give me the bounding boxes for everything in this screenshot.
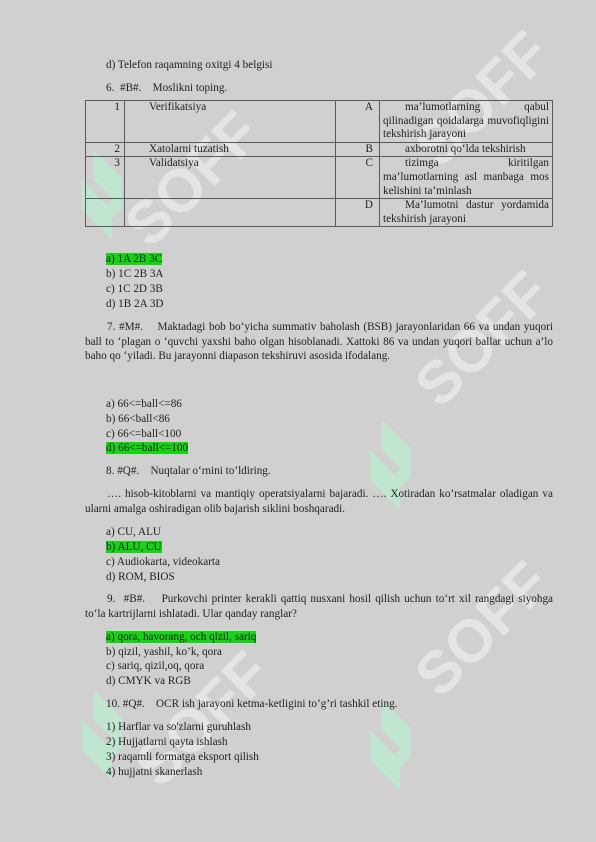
row-definition: axborotni qo‘lda tekshirish <box>380 142 553 157</box>
option-d[interactable]: d) 1B 2A 3D <box>106 297 164 312</box>
option-d[interactable]: d) 66<=ball<=100 <box>106 441 188 456</box>
prev-option-d: d) Telefon raqamning oxitgi 4 belgisi <box>106 58 272 72</box>
document-page: d) Telefon raqamning oxitgi 4 belgisi 6.… <box>0 0 596 842</box>
option-c[interactable]: c) Audiokarta, videokarta <box>106 555 220 570</box>
option-a[interactable]: a) 1A 2B 3C <box>106 252 162 267</box>
question-text: Purkovchi printer kerakli qattiq nusxani… <box>85 593 553 620</box>
question-number: 10. <box>106 698 120 710</box>
question-number: 7. <box>107 321 115 333</box>
table-row: 2 Xatolarni tuzatish B axborotni qo‘lda … <box>86 142 553 157</box>
sequence-item-4[interactable]: 4) hujjatni skanerlash <box>106 765 202 780</box>
option-b[interactable]: b) 1C 2B 3A <box>106 267 164 282</box>
option-b[interactable]: b) ALU, CU <box>106 540 162 555</box>
row-letter: D <box>336 199 380 227</box>
row-letter: A <box>336 101 380 143</box>
row-definition: Ma’lumotni dastur yordamida tekshirish j… <box>380 199 553 227</box>
table-row: 3 Validatsiya C tizimga kiritilgan ma’lu… <box>86 157 553 199</box>
option-b[interactable]: b) 66<ball<86 <box>106 412 170 427</box>
table-row: 1 Verifikatsiya A ma’lumotlarning qabul … <box>86 101 553 143</box>
table-row: D Ma’lumotni dastur yordamida tekshirish… <box>86 199 553 227</box>
matching-table: 1 Verifikatsiya A ma’lumotlarning qabul … <box>85 100 553 227</box>
row-term: Validatsiya <box>125 157 336 199</box>
row-letter: B <box>336 142 380 157</box>
question-10-heading: 10. #Q#. OCR ish jarayoni ketma-ketligin… <box>106 697 397 711</box>
option-d[interactable]: d) CMYK va RGB <box>106 674 191 689</box>
option-c[interactable]: c) sariq, qizil,oq, qora <box>106 659 204 674</box>
row-letter: C <box>336 157 380 199</box>
question-number: 9. <box>107 593 115 605</box>
question-8-heading: 8. #Q#. Nuqtalar o‘rnini to’ldiring. <box>106 464 271 478</box>
sequence-item-3[interactable]: 3) raqamli formatga eksport qilish <box>106 750 259 765</box>
option-c[interactable]: c) 66<=ball<100 <box>106 427 181 442</box>
option-d[interactable]: d) ROM, BIOS <box>106 570 175 585</box>
question-6-heading: 6. #B#. Moslikni toping. <box>106 81 227 95</box>
question-tag: #B#. <box>120 82 141 94</box>
row-term <box>125 199 336 227</box>
option-c[interactable]: c) 1C 2D 3B <box>106 282 163 297</box>
option-a[interactable]: a) CU, ALU <box>106 525 161 540</box>
question-number: 6. <box>106 82 114 94</box>
row-number: 2 <box>86 142 125 157</box>
question-tag: #Q#. <box>117 465 139 477</box>
row-number: 1 <box>86 101 125 143</box>
row-definition: tizimga kiritilgan ma’lumotlarning asl m… <box>380 157 553 199</box>
question-7: 7. #M#. Maktadagi bob bo‘yicha summativ … <box>85 320 553 364</box>
question-9: 9. #B#. Purkovchi printer kerakli qattiq… <box>85 592 553 621</box>
question-tag: #Q#. <box>123 698 145 710</box>
question-tag: #M#. <box>119 321 143 333</box>
question-text: Maktadagi bob bo‘yicha summativ baholash… <box>85 321 553 362</box>
sequence-item-1[interactable]: 1) Harflar va so'zlarni guruhlash <box>106 720 251 735</box>
question-text: Nuqtalar o‘rnini to’ldiring. <box>150 465 270 477</box>
question-tag: #B#. <box>124 593 145 605</box>
row-term: Xatolarni tuzatish <box>125 142 336 157</box>
option-a[interactable]: a) qora, havorang, och qizil, sariq <box>106 630 256 645</box>
question-8-body: …. hisob-kitoblarni va mantiqiy operatsi… <box>85 487 553 516</box>
option-b[interactable]: b) qizil, yashil, ko’k, qora <box>106 645 222 660</box>
question-text: OCR ish jarayoni ketma-ketligini to’g’ri… <box>156 698 397 710</box>
option-a[interactable]: a) 66<=ball<=86 <box>106 397 182 412</box>
row-definition: ma’lumotlarning qabul qilinadigan qoidal… <box>380 101 553 143</box>
row-term: Verifikatsiya <box>125 101 336 143</box>
question-text: Moslikni toping. <box>153 82 228 94</box>
question-number: 8. <box>106 465 114 477</box>
row-number: 3 <box>86 157 125 199</box>
sequence-item-2[interactable]: 2) Hujjatlarni qayta ishlash <box>106 735 227 750</box>
row-number <box>86 199 125 227</box>
